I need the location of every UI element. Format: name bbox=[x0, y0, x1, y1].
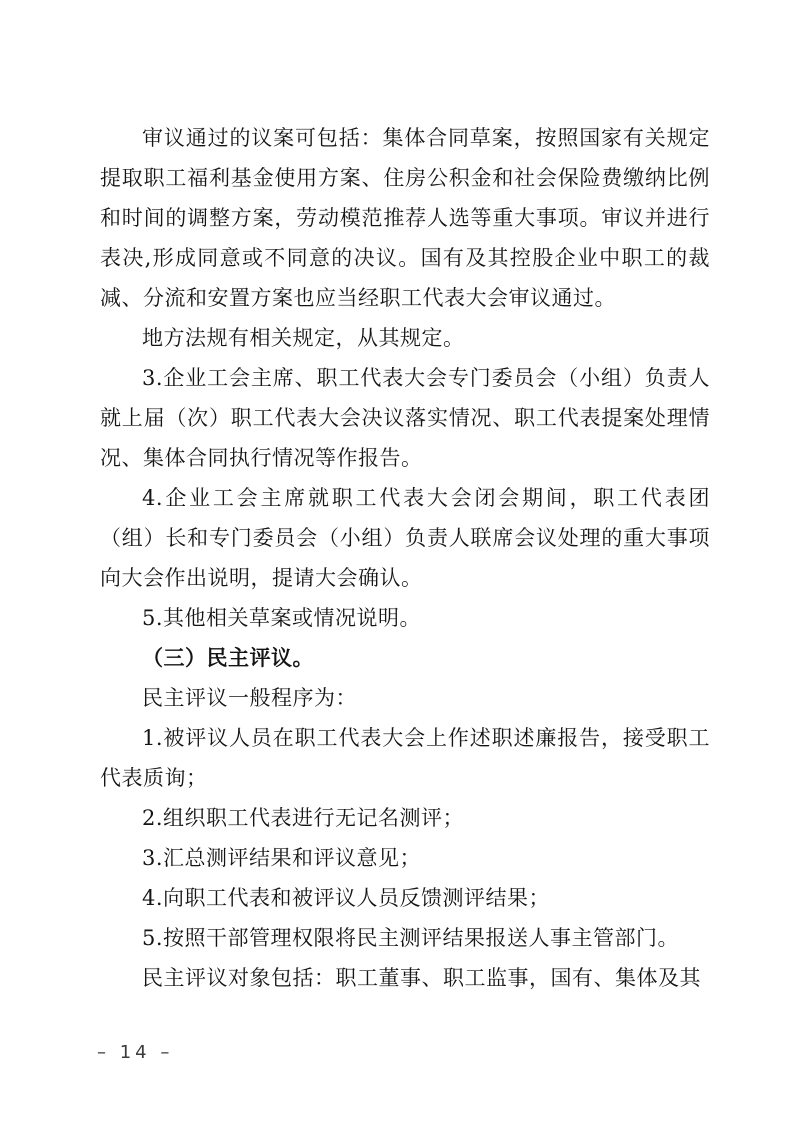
paragraph: 1.被评议人员在职工代表大会上作述职述廉报告，接受职工代表质询； bbox=[100, 718, 710, 798]
paragraph: 地方法规有相关规定，从其规定。 bbox=[100, 318, 710, 358]
section-heading: （三）民主评议。 bbox=[100, 638, 710, 678]
paragraph: 2.组织职工代表进行无记名测评； bbox=[100, 798, 710, 838]
paragraph: 审议通过的议案可包括：集体合同草案，按照国家有关规定提取职工福利基金使用方案、住… bbox=[100, 118, 710, 318]
document-page: 审议通过的议案可包括：集体合同草案，按照国家有关规定提取职工福利基金使用方案、住… bbox=[0, 0, 794, 1123]
paragraph: 5.其他相关草案或情况说明。 bbox=[100, 598, 710, 638]
paragraph: 4.企业工会主席就职工代表大会闭会期间，职工代表团（组）长和专门委员会（小组）负… bbox=[100, 478, 710, 598]
paragraph: 3.汇总测评结果和评议意见； bbox=[100, 838, 710, 878]
document-body: 审议通过的议案可包括：集体合同草案，按照国家有关规定提取职工福利基金使用方案、住… bbox=[100, 118, 710, 998]
paragraph: 4.向职工代表和被评议人员反馈测评结果； bbox=[100, 878, 710, 918]
paragraph: 5.按照干部管理权限将民主测评结果报送人事主管部门。 bbox=[100, 918, 710, 958]
paragraph: 3.企业工会主席、职工代表大会专门委员会（小组）负责人就上届（次）职工代表大会决… bbox=[100, 358, 710, 478]
paragraph: 民主评议一般程序为： bbox=[100, 678, 710, 718]
page-number: – 14 – bbox=[97, 1042, 173, 1063]
paragraph: 民主评议对象包括：职工董事、职工监事，国有、集体及其 bbox=[100, 958, 710, 998]
